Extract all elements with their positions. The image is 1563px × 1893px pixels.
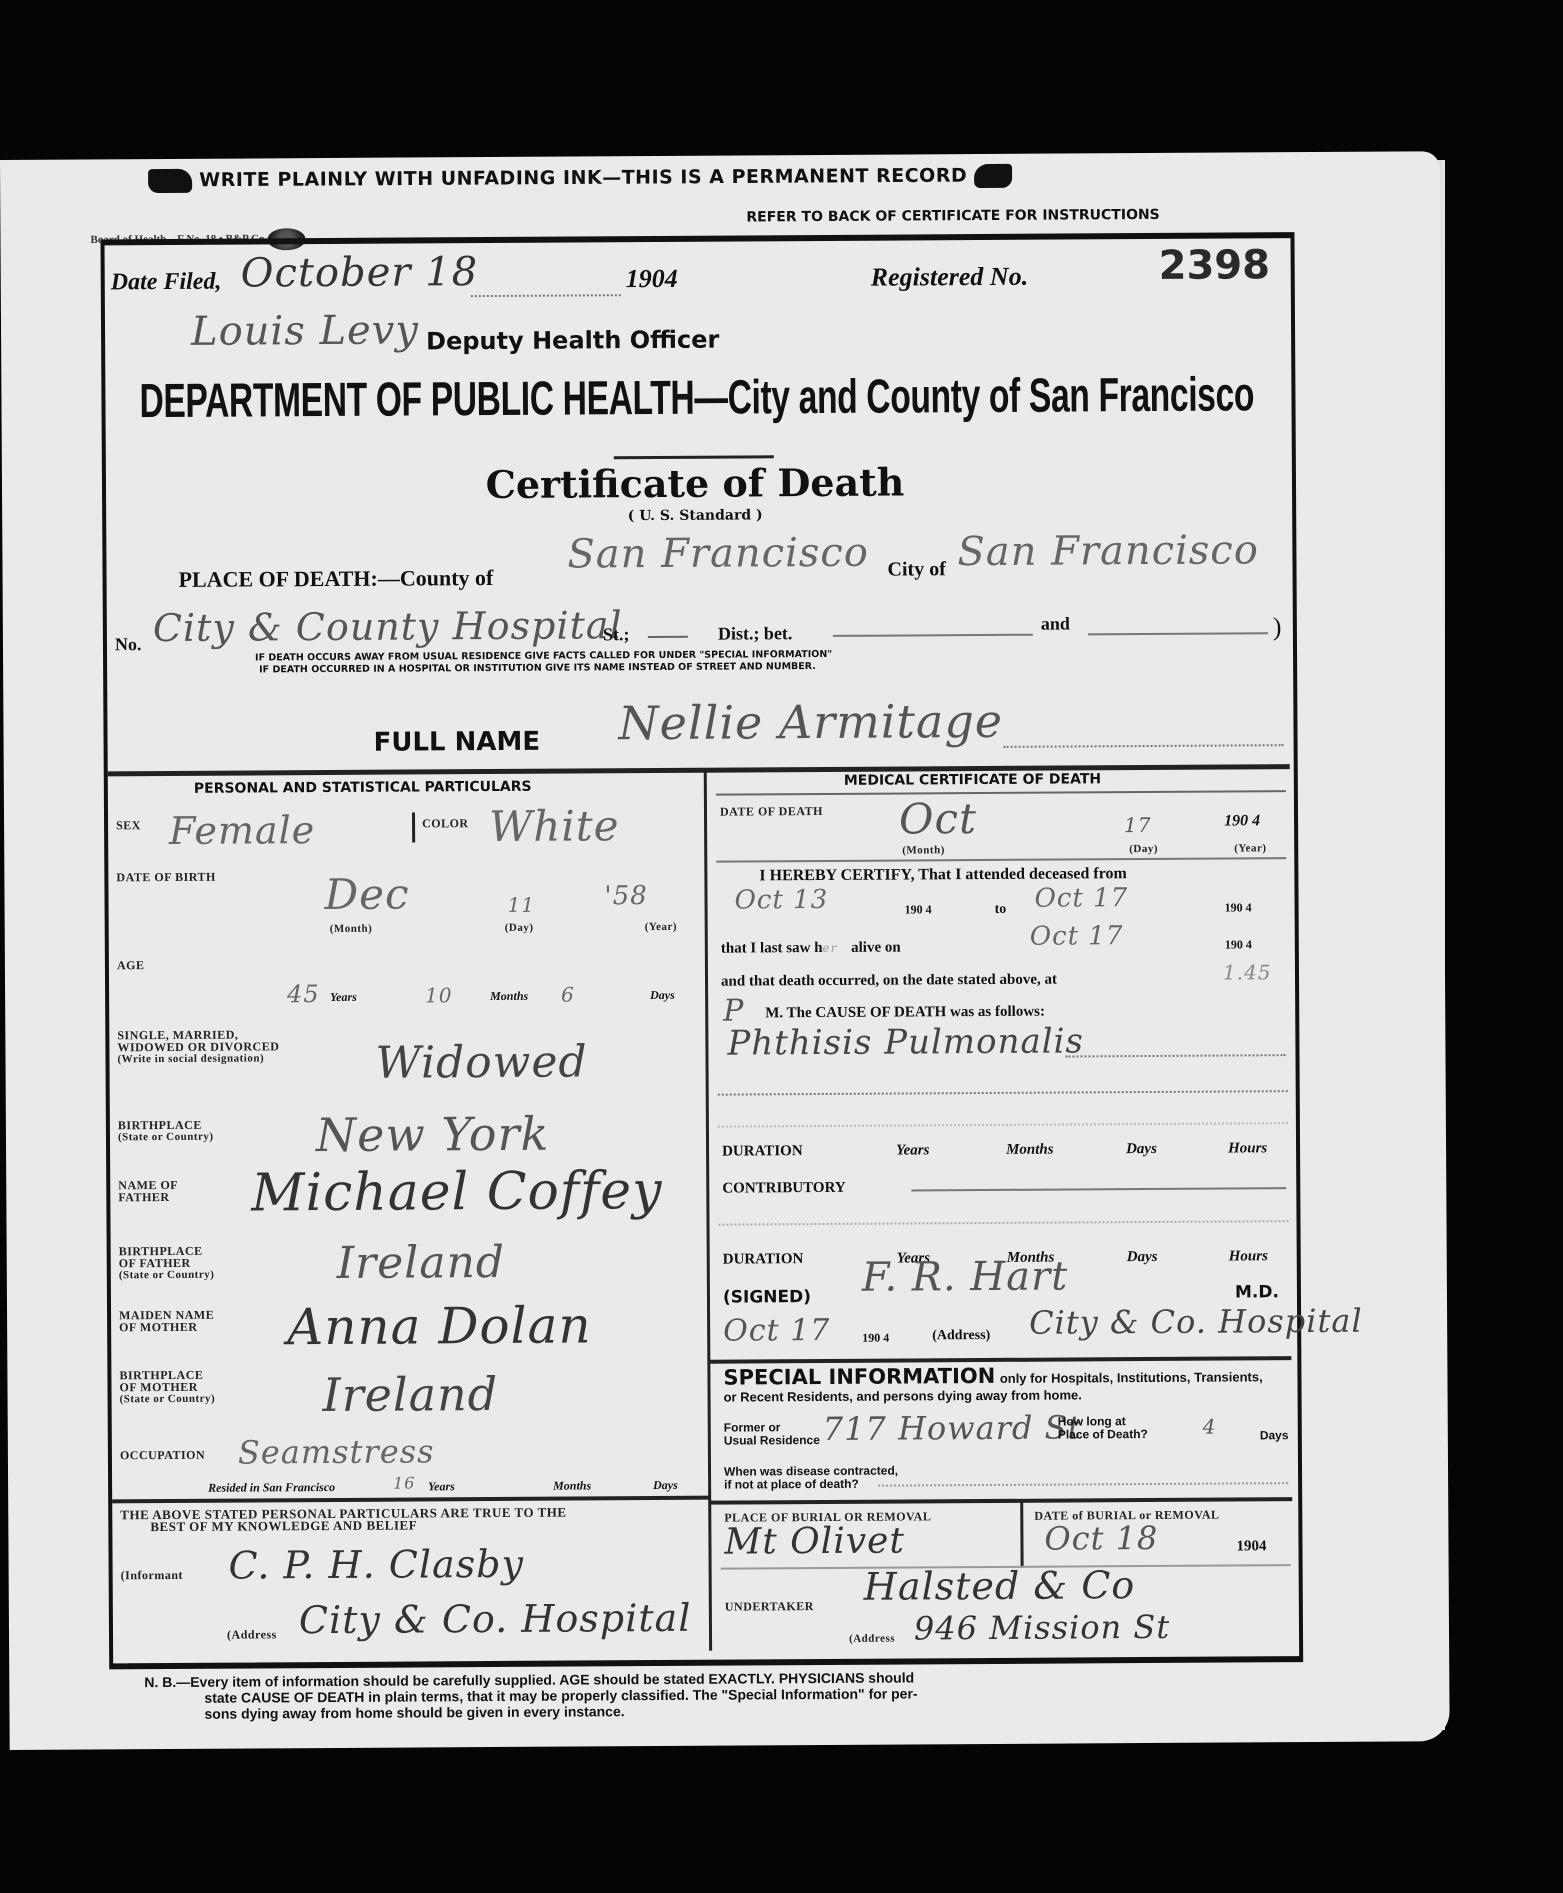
place-of-death-label: PLACE OF DEATH:—County of: [178, 565, 493, 593]
physician-address: City & Co. Hospital: [1029, 1302, 1363, 1342]
full-name-label: FULL NAME: [373, 727, 540, 758]
mother-value: Anna Dolan: [287, 1296, 592, 1356]
informant-label: (Informant: [121, 1569, 183, 1581]
informant-statement: THE ABOVE STATED PERSONAL PARTICULARS AR…: [120, 1507, 566, 1534]
officer-title: Deputy Health Officer: [426, 326, 719, 356]
dod-month: Oct: [899, 794, 977, 843]
father-label: NAME OF FATHER: [118, 1179, 178, 1203]
cause-value: Phthisis Pulmonalis: [727, 1021, 1084, 1063]
certificate-title: Certificate of Death: [2, 457, 1388, 510]
cause-label: M. The CAUSE OF DEATH was as follows:: [765, 1004, 1045, 1023]
dob-year: '58: [604, 881, 647, 911]
resided-years: 16: [393, 1473, 415, 1492]
officer-signature: Louis Levy: [191, 307, 419, 354]
medical-heading: MEDICAL CERTIFICATE OF DEATH: [844, 771, 1101, 789]
date-filed-year: 1904: [626, 264, 678, 294]
street-label: St.;: [603, 624, 630, 645]
dob-day: 11: [507, 893, 535, 917]
attended-from: Oct 13: [734, 885, 828, 916]
marital-value: Widowed: [375, 1036, 587, 1088]
city-label: City of: [887, 558, 945, 581]
sex-value: Female: [169, 808, 315, 853]
footnote: N. B.—Every item of information should b…: [144, 1669, 917, 1722]
father-value: Michael Coffey: [251, 1161, 663, 1224]
city-value: San Francisco: [957, 527, 1259, 575]
dod-year: 190 4: [1224, 812, 1260, 830]
informant-address-value: City & Co. Hospital: [299, 1596, 692, 1642]
mother-birthplace-label: BIRTHPLACE OF MOTHER (State or Country): [119, 1369, 215, 1406]
header-warning: WRITE PLAINLY WITH UNFADING INK—THIS IS …: [199, 165, 967, 192]
undertaker-address-label: (Address: [849, 1633, 895, 1645]
physician-signature: F. R. Hart: [862, 1253, 1069, 1300]
and-label: and: [1041, 613, 1070, 634]
mother-label: MAIDEN NAME OF MOTHER: [119, 1309, 214, 1334]
registered-number: 2398: [1159, 242, 1271, 289]
duration-label-1: DURATION: [722, 1143, 803, 1160]
department-title: DEPARTMENT OF PUBLIC HEALTH—City and Cou…: [139, 367, 1254, 429]
residence-label: Former or Usual Residence: [724, 1421, 820, 1448]
color-value: White: [489, 801, 620, 851]
death-time: 1.45: [1223, 960, 1272, 984]
informant-value: C. P. H. Clasby: [228, 1542, 524, 1588]
md-label: M.D.: [1235, 1282, 1279, 1302]
no-label: No.: [115, 634, 142, 655]
mother-birthplace-value: Ireland: [322, 1367, 498, 1422]
duration-label-2: DURATION: [723, 1251, 804, 1268]
marital-label: SINGLE, MARRIED, WIDOWED OR DIVORCED (Wr…: [117, 1028, 279, 1065]
last-saw-label: that I last saw her alive on: [721, 940, 901, 958]
how-long-label: How long at Place of Death?: [1058, 1415, 1148, 1442]
date-filed-value: October 18: [241, 249, 479, 296]
pointing-hand-icon: [974, 164, 1012, 188]
undertaker-address-value: 946 Mission St: [914, 1608, 1170, 1648]
signed-date: Oct 17: [723, 1313, 830, 1349]
undertaker-label: UNDERTAKER: [725, 1600, 814, 1613]
resided-label: Resided in San Francisco: [208, 1480, 335, 1496]
full-name-value: Nellie Armitage: [618, 694, 1003, 750]
death-occurred-text: and that death occurred, on the date sta…: [721, 972, 1057, 991]
contributory-label: CONTRIBUTORY: [722, 1180, 845, 1198]
dod-day: 17: [1124, 813, 1152, 837]
father-birthplace-value: Ireland: [337, 1237, 506, 1289]
personal-heading: PERSONAL AND STATISTICAL PARTICULARS: [194, 779, 532, 797]
age-months: 10: [425, 983, 453, 1007]
birthplace-value: New York: [316, 1107, 550, 1162]
institution-value: City & County Hospital: [153, 603, 623, 650]
header-warning-row: WRITE PLAINLY WITH UNFADING INK—THIS IS …: [148, 164, 1012, 193]
county-value: San Francisco: [567, 530, 869, 578]
age-label: AGE: [117, 959, 145, 971]
header-instructions: REFER TO BACK OF CERTIFICATE FOR INSTRUC…: [746, 207, 1159, 226]
signed-label: (SIGNED): [723, 1287, 811, 1308]
district-label: Dist.; bet.: [718, 623, 793, 644]
pointing-hand-icon: [148, 169, 192, 193]
dob-month: Dec: [324, 870, 409, 920]
special-heading: SPECIAL INFORMATION: [723, 1364, 995, 1390]
residence-value: 717 Howard St: [823, 1408, 1082, 1448]
birthplace-label: BIRTHPLACE (State or Country): [118, 1119, 214, 1144]
informant-address-label: (Address: [227, 1628, 277, 1640]
certificate-page: WRITE PLAINLY WITH UNFADING INK—THIS IS …: [0, 151, 1450, 1750]
age-years: 45: [287, 980, 320, 1008]
undertaker-value: Halsted & Co: [864, 1563, 1136, 1609]
date-filed-label: Date Filed,: [111, 269, 222, 297]
how-long-value: 4: [1203, 1415, 1217, 1439]
burial-year: 1904: [1236, 1538, 1266, 1555]
place-note: IF DEATH OCCURS AWAY FROM USUAL RESIDENC…: [255, 649, 832, 677]
registered-label: Registered No.: [871, 262, 1029, 293]
contracted-label: When was disease contracted, if not at p…: [724, 1465, 898, 1492]
sex-label: SEX: [116, 819, 141, 831]
certify-text: I HEREBY CERTIFY, That I attended deceas…: [759, 865, 1127, 885]
dob-label: DATE OF BIRTH: [116, 871, 216, 884]
color-label: COLOR: [422, 817, 469, 829]
dod-label: DATE OF DEATH: [720, 805, 823, 818]
burial-place-value: Mt Olivet: [724, 1520, 905, 1562]
occupation-label: OCCUPATION: [120, 1449, 205, 1462]
special-heading-row: SPECIAL INFORMATION only for Hospitals, …: [723, 1362, 1262, 1389]
father-birthplace-label: BIRTHPLACE OF FATHER (State or Country): [119, 1245, 215, 1282]
attended-to: Oct 17: [1034, 883, 1128, 914]
occupation-value: Seamstress: [238, 1432, 435, 1471]
age-days: 6: [561, 983, 575, 1007]
burial-date-value: Oct 18: [1044, 1519, 1158, 1558]
last-saw-date: Oct 17: [1030, 921, 1124, 952]
